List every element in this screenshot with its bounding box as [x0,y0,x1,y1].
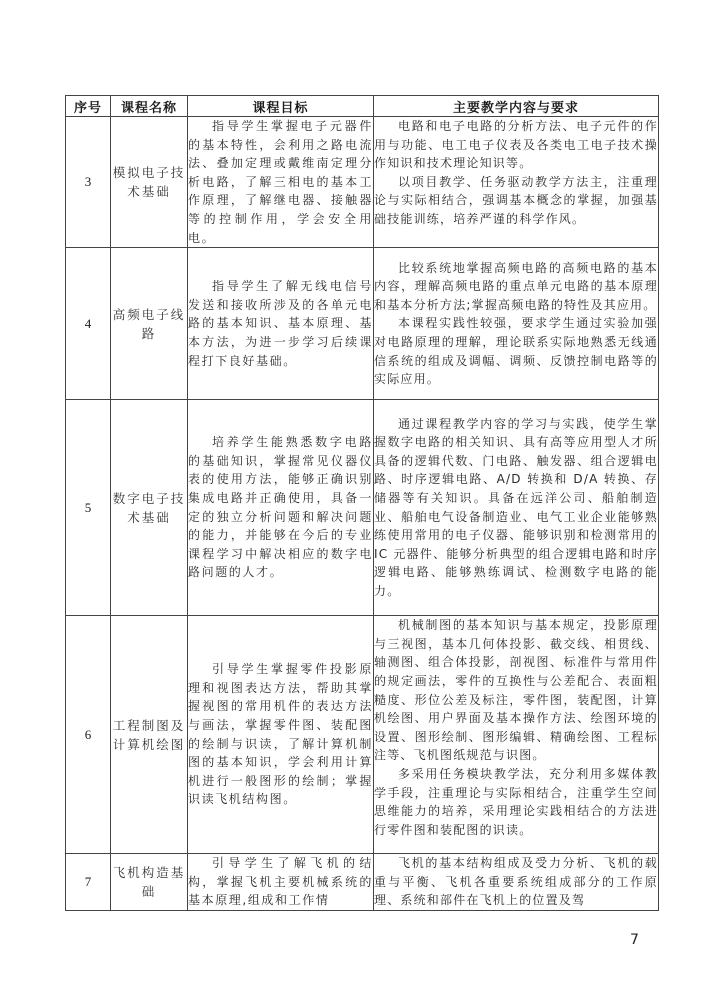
course-content: 比较系统地掌握高频电路的高频电路的基本内容，理解高频电路的重点单元电路的基本原理… [374,248,659,400]
content-paragraph: 机械制图的基本知识与基本规定，投影原理与三视图，基本几何体投影、截交线、相贯线、… [374,616,658,765]
content-paragraph: 电路和电子电路的分析方法、电子元件的作用与功能、电工电子仪表及各类电工电子技术操… [374,117,658,173]
course-content: 飞机的基本结构组成及受力分析、飞机的载重与平衡、飞机各重要系统组成部分的工作原理… [374,854,659,911]
row-no: 6 [66,616,111,854]
header-course-name: 课程名称 [111,96,188,117]
table-row: 3 模拟电子技术基础 指导学生掌握电子元器件的基本特性，会利用之路电流法、叠加定… [66,117,659,248]
course-goal: 引导学生了解飞机的结构，掌握飞机主要机械系统的基本原理,组成和工作情 [188,854,374,911]
content-paragraph: 多采用任务模块教学法，充分利用多媒体教学手段，注重理论与实际相结合，注重学生空间… [374,765,658,839]
course-name: 模拟电子技术基础 [111,117,188,248]
course-table: 序号 课程名称 课程目标 主要教学内容与要求 3 模拟电子技术基础 指导学生掌握… [65,95,659,911]
course-name: 数字电子技术基础 [111,400,188,616]
row-no: 3 [66,117,111,248]
content-paragraph: 比较系统地掌握高频电路的高频电路的基本内容，理解高频电路的重点单元电路的基本原理… [374,259,658,315]
course-goal: 指导学生掌握电子元器件的基本特性，会利用之路电流法、叠加定理或戴维南定理分析电路… [188,117,374,248]
content-paragraph: 本课程实践性较强，要求学生通过实验加强对电路原理的理解，理论联系实际地熟悉无线通… [374,314,658,388]
goal-text: 指导学生掌握电子元器件的基本特性，会利用之路电流法、叠加定理或戴维南定理分析电路… [188,117,373,247]
course-content: 通过课程教学内容的学习与实践，使学生掌握数字电路的相关知识、具有高等应用型人才所… [374,400,659,616]
header-no: 序号 [66,96,111,117]
course-content: 机械制图的基本知识与基本规定，投影原理与三视图，基本几何体投影、截交线、相贯线、… [374,616,659,854]
course-name: 高频电子线路 [111,248,188,400]
document-page: 序号 课程名称 课程目标 主要教学内容与要求 3 模拟电子技术基础 指导学生掌握… [0,0,722,1005]
course-name: 飞机构造基础 [111,854,188,911]
table-row: 4 高频电子线路 指导学生了解无线电信号发送和接收所涉及的各单元电路的基本知识、… [66,248,659,400]
table-row: 7 飞机构造基础 引导学生了解飞机的结构，掌握飞机主要机械系统的基本原理,组成和… [66,854,659,911]
course-content: 电路和电子电路的分析方法、电子元件的作用与功能、电工电子仪表及各类电工电子技术操… [374,117,659,248]
header-course-goal: 课程目标 [188,96,374,117]
row-no: 7 [66,854,111,911]
goal-text: 培养学生能熟悉数字电路的基础知识，掌握常见仪器仪表的使用方法，能够正确识别集成电… [188,433,373,582]
table-header-row: 序号 课程名称 课程目标 主要教学内容与要求 [66,96,659,117]
header-course-content: 主要教学内容与要求 [374,96,659,117]
course-goal: 培养学生能熟悉数字电路的基础知识，掌握常见仪器仪表的使用方法，能够正确识别集成电… [188,400,374,616]
content-paragraph: 以项目教学、任务驱动教学方法主，注重理论与实际相结合，强调基本概念的掌握，加强基… [374,173,658,229]
content-paragraph: 通过课程教学内容的学习与实践，使学生掌握数字电路的相关知识、具有高等应用型人才所… [374,415,658,601]
goal-text: 引导学生掌握零件投影原理和视图表达方法，帮助其掌握视图的常用机件的表达方法与画法… [188,660,373,809]
goal-text: 引导学生了解飞机的结构，掌握飞机主要机械系统的基本原理,组成和工作情 [188,854,373,910]
course-goal: 指导学生了解无线电信号发送和接收所涉及的各单元电路的基本知识、基本原理、基本方法… [188,248,374,400]
row-no: 5 [66,400,111,616]
table-row: 6 工程制图及计算机绘图 引导学生掌握零件投影原理和视图表达方法，帮助其掌握视图… [66,616,659,854]
table-row: 5 数字电子技术基础 培养学生能熟悉数字电路的基础知识，掌握常见仪器仪表的使用方… [66,400,659,616]
page-number: 7 [630,932,639,948]
course-name: 工程制图及计算机绘图 [111,616,188,854]
course-goal: 引导学生掌握零件投影原理和视图表达方法，帮助其掌握视图的常用机件的表达方法与画法… [188,616,374,854]
content-paragraph: 飞机的基本结构组成及受力分析、飞机的载重与平衡、飞机各重要系统组成部分的工作原理… [374,854,658,910]
goal-text: 指导学生了解无线电信号发送和接收所涉及的各单元电路的基本知识、基本原理、基本方法… [188,277,373,370]
row-no: 4 [66,248,111,400]
